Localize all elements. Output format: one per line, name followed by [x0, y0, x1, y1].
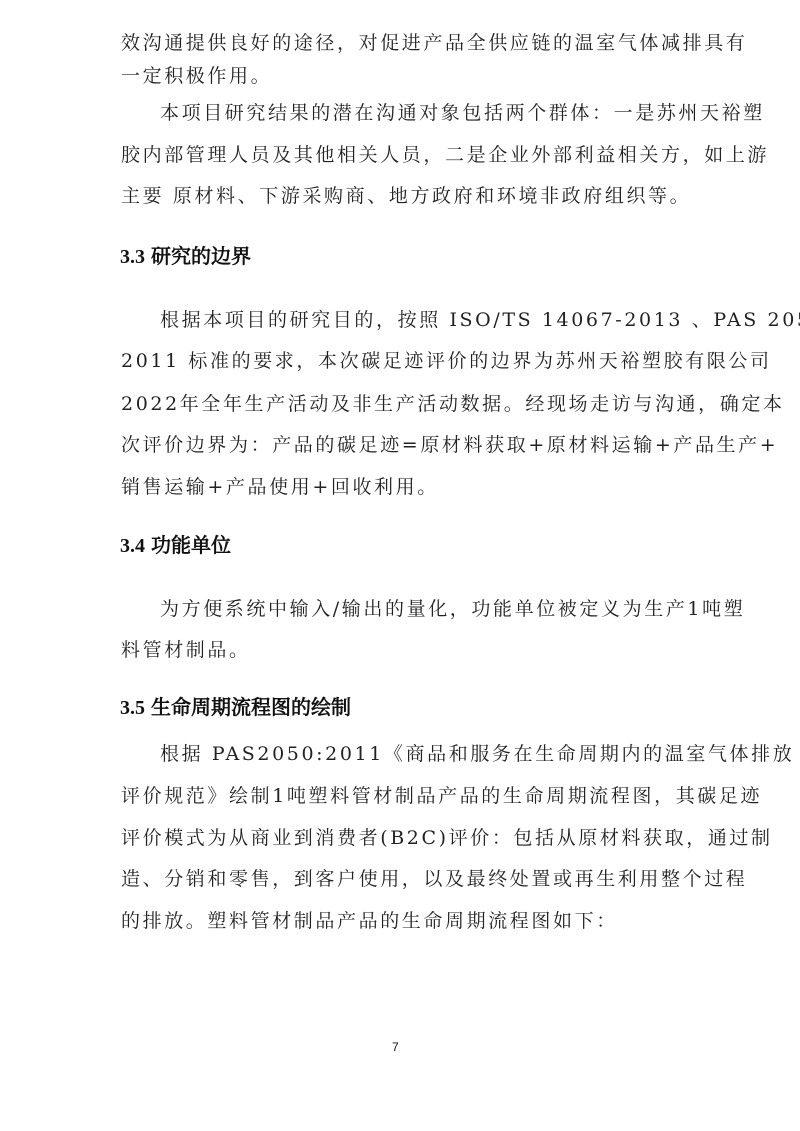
document-page: 效沟通提供良好的途径，对促进产品全供应链的温室气体减排具有 一定积极作用。 本项…	[0, 0, 800, 1131]
paragraph-line: 料管材制品。	[121, 638, 683, 662]
page-number: 7	[392, 1040, 399, 1054]
section-title: 生命周期流程图的绘制	[151, 697, 351, 719]
paragraph-line: 主要 原材料、下游采购商、地方政府和环境非政府组织等。	[121, 184, 683, 208]
section-heading-3-4: 3.4功能单位	[120, 533, 231, 559]
paragraph-line: 一定积极作用。	[121, 64, 683, 88]
paragraph-line: 根据 PAS2050:2011《商品和服务在生命周期内的温室气体排放	[160, 742, 683, 766]
paragraph-line: 效沟通提供良好的途径，对促进产品全供应链的温室气体减排具有	[121, 31, 683, 55]
section-title: 研究的边界	[151, 246, 251, 268]
paragraph-line: 评价模式为从商业到消费者(B2C)评价：包括从原材料获取，通过制	[121, 826, 683, 850]
paragraph-line: 2022年全年生产活动及非生产活动数据。经现场走访与沟通，确定本	[121, 392, 683, 416]
paragraph-line: 本项目研究结果的潜在沟通对象包括两个群体：一是苏州天裕塑	[160, 101, 683, 125]
section-title: 功能单位	[151, 535, 231, 557]
paragraph-line: 次评价边界为：产品的碳足迹=原材料获取+原材料运输+产品生产+	[121, 433, 683, 457]
paragraph-line: 的排放。塑料管材制品产品的生命周期流程图如下：	[121, 909, 683, 933]
section-number: 3.3	[120, 246, 145, 268]
paragraph-line: 胶内部管理人员及其他相关人员，二是企业外部利益相关方，如上游	[121, 143, 683, 167]
section-heading-3-3: 3.3研究的边界	[120, 244, 251, 270]
section-number: 3.5	[120, 697, 145, 719]
paragraph-line: 造、分销和零售，到客户使用，以及最终处置或再生利用整个过程	[121, 867, 683, 891]
paragraph-line: 2011 标准的要求，本次碳足迹评价的边界为苏州天裕塑胶有限公司	[121, 349, 683, 373]
paragraph-line: 根据本项目的研究目的，按照 ISO/TS 14067-2013 、PAS 205…	[160, 308, 683, 332]
section-heading-3-5: 3.5生命周期流程图的绘制	[120, 695, 351, 721]
section-number: 3.4	[120, 535, 145, 557]
paragraph-line: 评价规范》绘制1吨塑料管材制品产品的生命周期流程图，其碳足迹	[121, 784, 683, 808]
paragraph-line: 销售运输+产品使用+回收利用。	[121, 475, 683, 499]
paragraph-line: 为方便系统中输入/输出的量化，功能单位被定义为生产1吨塑	[160, 597, 683, 621]
